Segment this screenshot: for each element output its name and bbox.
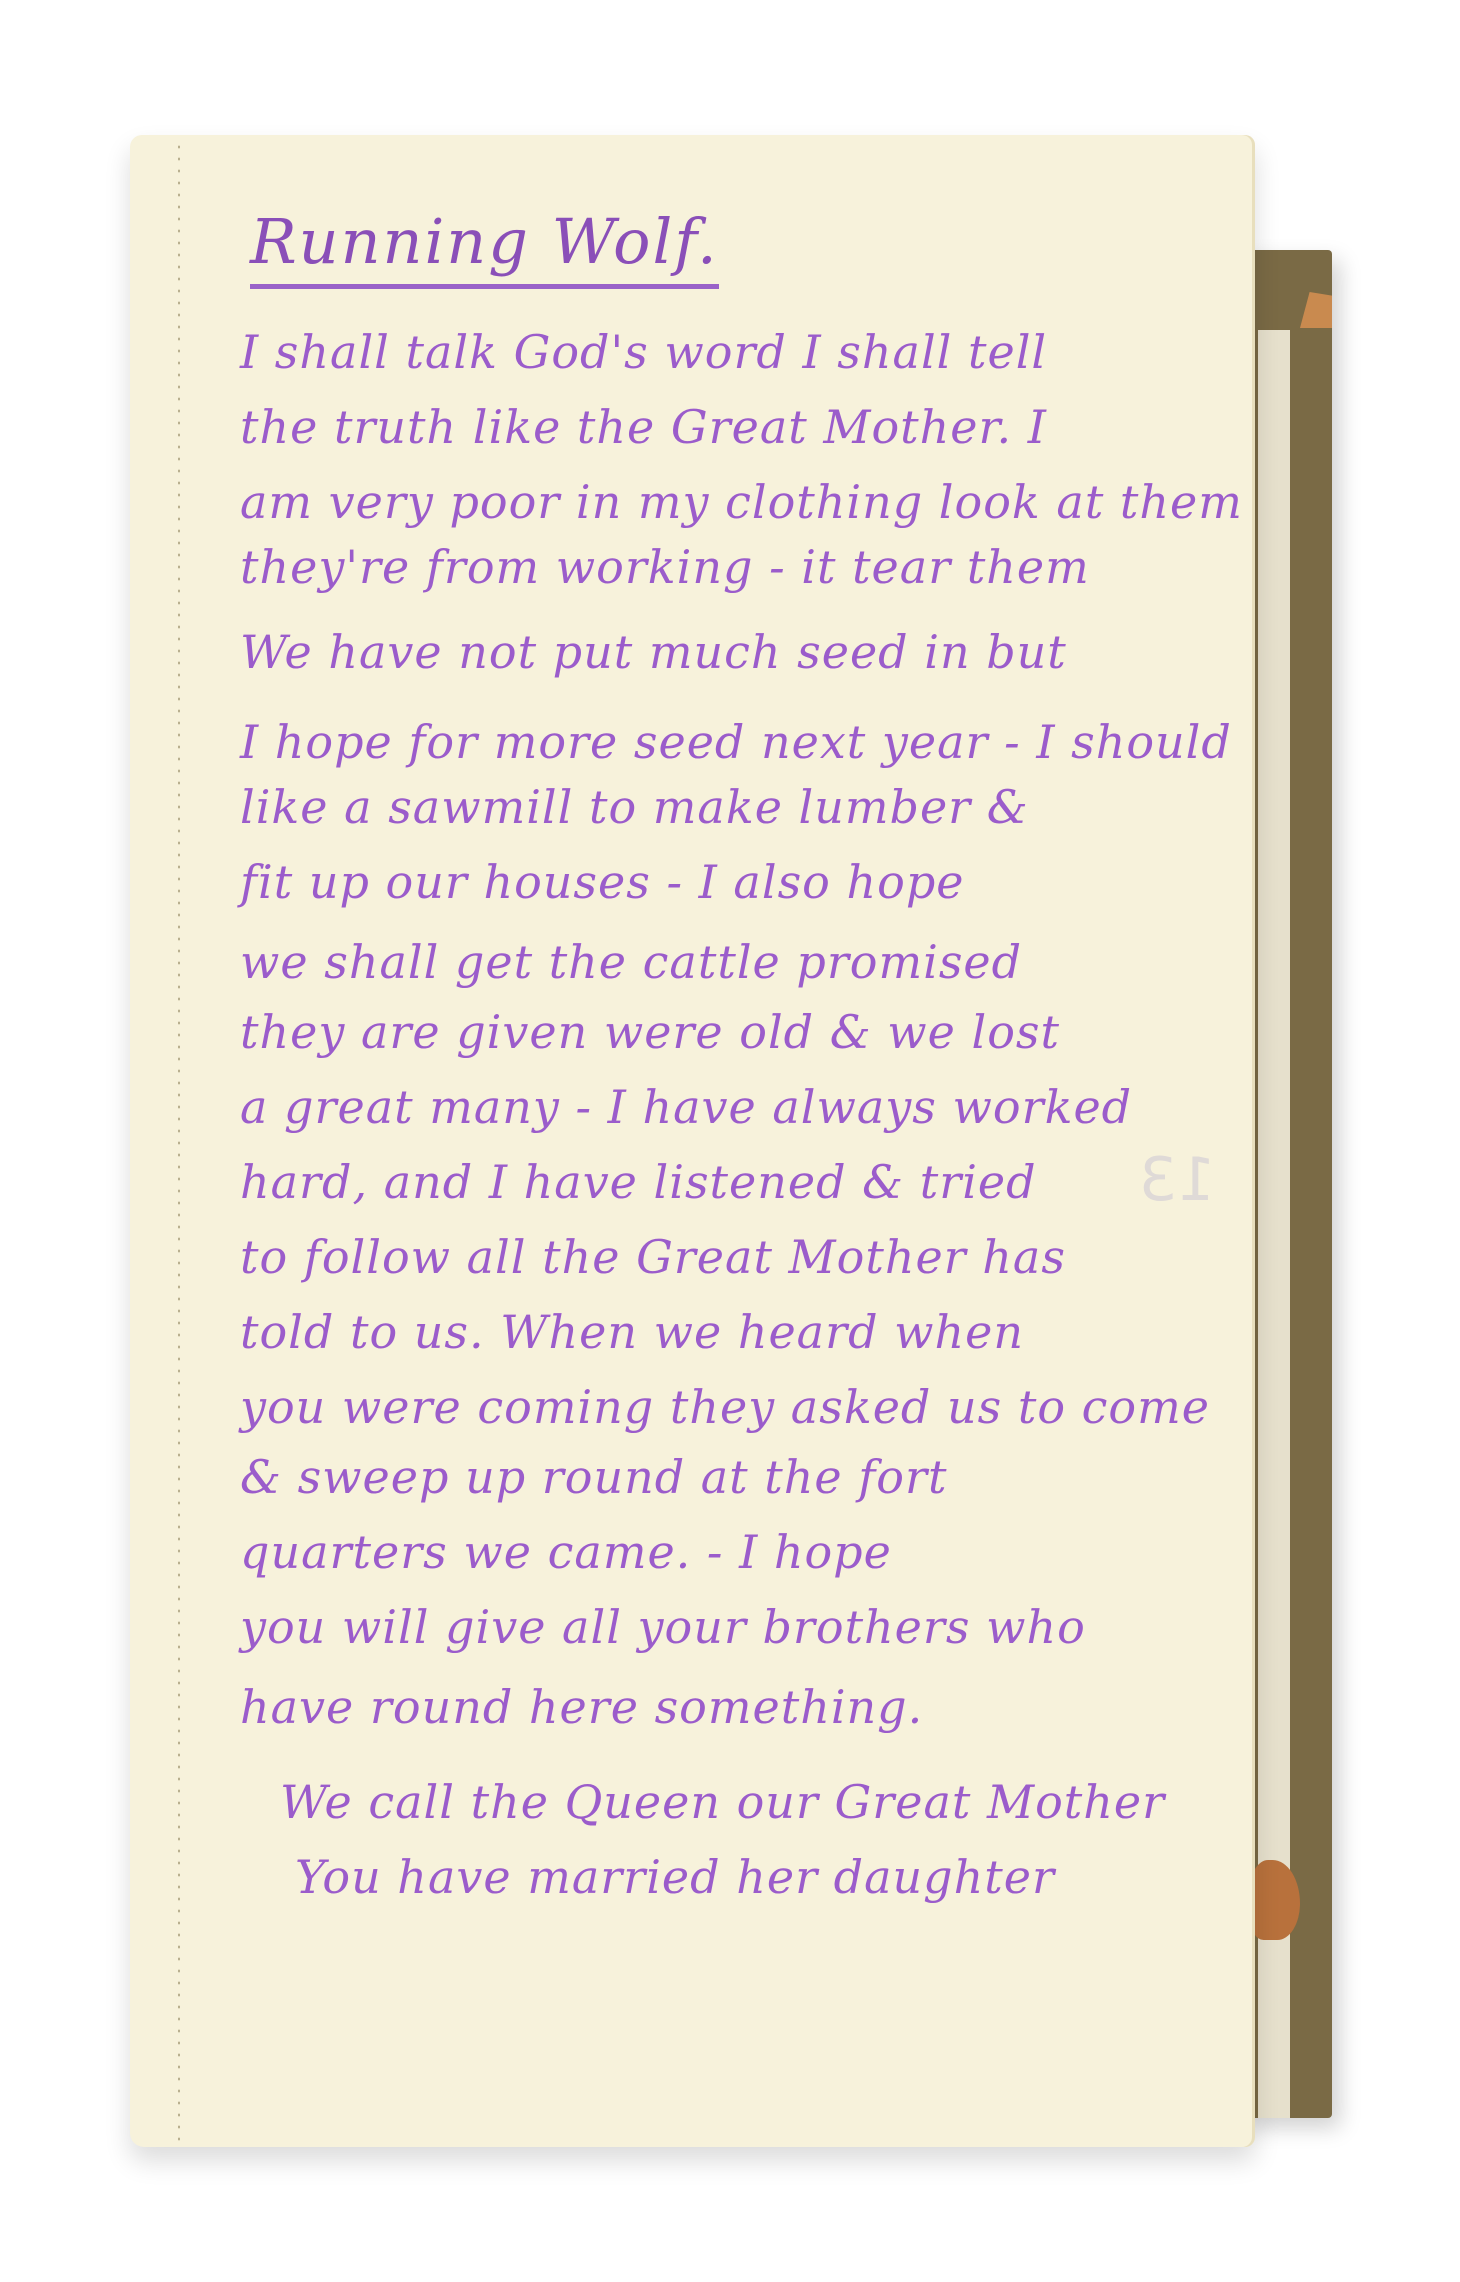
- handwritten-line: We have not put much seed in but: [240, 625, 1067, 679]
- handwritten-line: like a sawmill to make lumber &: [240, 780, 1029, 834]
- notebook-page: 13 Running Wolf. I shall talk God's word…: [130, 135, 1255, 2147]
- handwritten-line: we shall get the cattle promised: [240, 935, 1022, 989]
- handwritten-line: to follow all the Great Mother has: [240, 1230, 1066, 1284]
- handwritten-line: I hope for more seed next year - I shoul…: [240, 715, 1232, 769]
- page-title: Running Wolf.: [250, 205, 719, 289]
- handwritten-line: they are given were old & we lost: [240, 1005, 1060, 1059]
- handwritten-line: I shall talk God's word I shall tell: [240, 325, 1047, 379]
- handwritten-line: We call the Queen our Great Mother: [280, 1775, 1165, 1829]
- handwritten-line: quarters we came. - I hope: [240, 1525, 892, 1579]
- handwritten-line: fit up our houses - I also hope: [240, 855, 964, 909]
- handwritten-line: & sweep up round at the fort: [240, 1450, 947, 1504]
- perforation-line: [178, 141, 180, 2141]
- handwritten-line: have round here something.: [240, 1680, 923, 1734]
- cover-inner-strip: [1258, 330, 1290, 2118]
- handwritten-line: you were coming they asked us to come: [240, 1380, 1210, 1434]
- handwritten-line: they're from working - it tear them: [240, 540, 1090, 594]
- handwritten-line: am very poor in my clothing look at them: [240, 475, 1243, 529]
- handwritten-line: the truth like the Great Mother. I: [240, 400, 1047, 454]
- handwritten-line: a great many - I have always worked: [240, 1080, 1132, 1134]
- handwritten-line: hard, and I have listened & tried: [240, 1155, 1037, 1209]
- show-through-text: 13: [1139, 1145, 1215, 1215]
- handwritten-line: you will give all your brothers who: [240, 1600, 1086, 1654]
- handwritten-line: told to us. When we heard when: [240, 1305, 1024, 1359]
- handwritten-line: You have married her daughter: [295, 1850, 1055, 1904]
